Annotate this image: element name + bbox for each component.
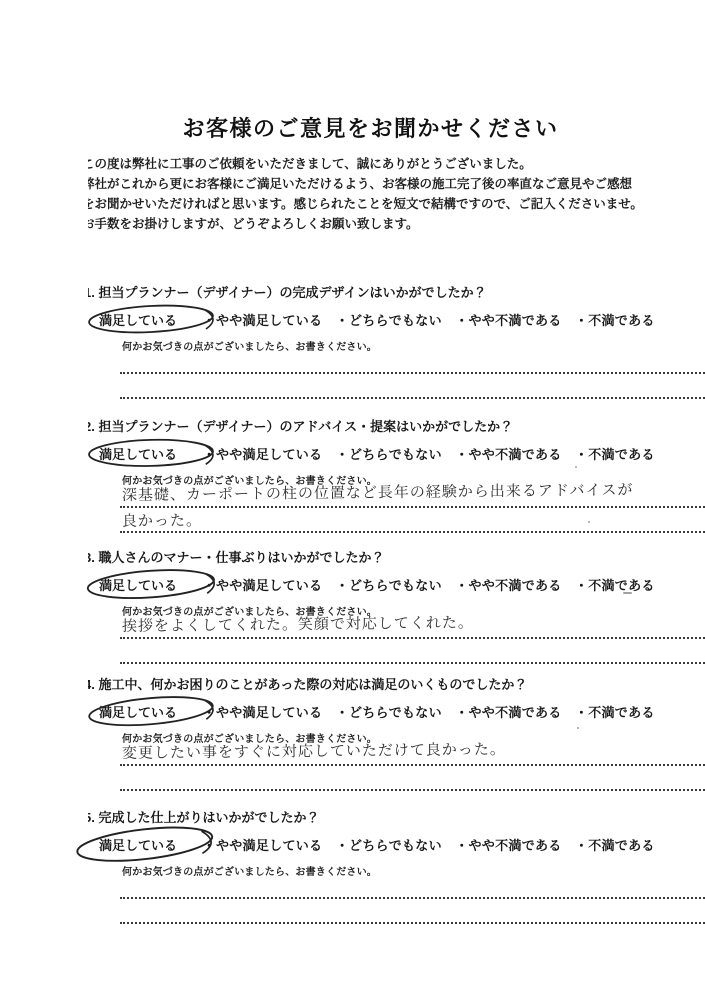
other-options: ・やや満足している ・どちらでもない ・やや不満である ・不満である [203, 447, 655, 462]
selected-option: 満足している [99, 702, 177, 721]
answer-options-row: 満足している ・やや満足している ・どちらでもない ・やや不満である ・不満であ… [99, 702, 655, 721]
question-title-row: 2. 担当プランナー（デザイナー）のアドバイス・提案はいかがでしたか？ [88, 416, 705, 435]
question-block-2: 2. 担当プランナー（デザイナー）のアドバイス・提案はいかがでしたか？ 満足して… [0, 416, 705, 548]
comment-line [120, 531, 705, 533]
question-title: 5. 完成した仕上がりはいかがでしたか？ [88, 807, 319, 826]
scan-speck [588, 521, 590, 523]
comment-line [120, 764, 705, 766]
selected-option-label: 満足している [99, 313, 177, 328]
intro-line: この度は弊社に工事のご依頼をいただきまして、誠にありがとうございました。 [88, 154, 705, 174]
other-options: ・やや満足している ・どちらでもない ・やや不満である ・不満である [203, 313, 655, 328]
comment-line [120, 789, 705, 791]
question-title-row: 1. 担当プランナー（デザイナー）の完成デザインはいかがでしたか？ [88, 282, 705, 301]
selected-option-label: 満足している [99, 838, 177, 853]
intro-line-text: をお聞かせいただければと思います。感じられたことを短文で結構ですので、ご記入くだ… [88, 194, 643, 214]
intro-line-text: この度は弊社に工事のご依頼をいただきまして、誠にありがとうございました。 [88, 154, 532, 174]
selected-option-label: 満足している [99, 578, 177, 593]
question-block-5: 5. 完成した仕上がりはいかがでしたか？ 満足している ・やや満足している ・ど… [0, 807, 705, 939]
question-title: 1. 担当プランナー（デザイナー）の完成デザインはいかがでしたか？ [88, 282, 487, 301]
selected-option: 満足している [99, 310, 177, 329]
handwritten-comment: 変更したい事をすぐに対応していただけて良かった。 [122, 738, 506, 763]
scan-speck [623, 592, 632, 594]
question-title: 4. 施工中、何かお困りのことがあった際の対応は満足のいくものでしたか？ [88, 674, 527, 693]
comment-line [120, 897, 705, 899]
answer-options-row: 満足している ・やや満足している ・どちらでもない ・やや不満である ・不満であ… [99, 310, 655, 329]
question-block-3: 3. 職人さんのマナー・仕事ぶりはいかがでしたか？ 満足している ・やや満足して… [0, 547, 705, 679]
handwritten-comment: 挨拶をよくしてくれた。笑顔で対応してくれた。 [122, 611, 474, 636]
scanned-questionnaire: お客様のご意見をお聞かせください この度は弊社に工事のご依頼をいただきまして、誠… [0, 0, 705, 1000]
handwritten-comment: 深基礎、カーポートの柱の位置など長年の経験から出来るアドバイスが [122, 479, 634, 505]
question-title: 3. 職人さんのマナー・仕事ぶりはいかがでしたか？ [88, 547, 384, 566]
comment-prompt: 何かお気づきの点がございましたら、お書きください。 [122, 338, 377, 353]
answer-options-row: 満足している ・やや満足している ・どちらでもない ・やや不満である ・不満であ… [99, 575, 655, 594]
intro-line: お手数をお掛けしますが、どうぞよろしくお願い致します。 [88, 214, 705, 234]
other-options: ・やや満足している ・どちらでもない ・やや不満である ・不満である [203, 578, 655, 593]
question-title-row: 5. 完成した仕上がりはいかがでしたか？ [88, 807, 705, 826]
comment-prompt: 何かお気づきの点がございましたら、お書きください。 [122, 863, 377, 878]
question-title-row: 3. 職人さんのマナー・仕事ぶりはいかがでしたか？ [88, 547, 705, 566]
comment-line [120, 922, 705, 924]
page-title: お客様のご意見をお聞かせください [0, 112, 705, 143]
comment-line [120, 397, 705, 399]
question-title: 2. 担当プランナー（デザイナー）のアドバイス・提案はいかがでしたか？ [88, 416, 513, 435]
selected-option-label: 満足している [99, 705, 177, 720]
question-block-1: 1. 担当プランナー（デザイナー）の完成デザインはいかがでしたか？ 満足している… [0, 282, 705, 414]
selected-option: 満足している [99, 575, 177, 594]
comment-line [120, 637, 705, 639]
selected-option-label: 満足している [99, 447, 177, 462]
comment-line [120, 506, 705, 508]
comment-line [120, 372, 705, 374]
intro-paragraph: この度は弊社に工事のご依頼をいただきまして、誠にありがとうございました。 弊社が… [0, 154, 705, 234]
intro-line: 弊社がこれから更にお客様にご満足いただけるよう、お客様の施工完了後の率直なご意見… [88, 174, 705, 194]
intro-line: をお聞かせいただければと思います。感じられたことを短文で結構ですので、ご記入くだ… [88, 194, 705, 214]
question-title-row: 4. 施工中、何かお困りのことがあった際の対応は満足のいくものでしたか？ [88, 674, 705, 693]
answer-options-row: 満足している ・やや満足している ・どちらでもない ・やや不満である ・不満であ… [99, 835, 655, 854]
selected-option: 満足している [99, 835, 177, 854]
other-options: ・やや満足している ・どちらでもない ・やや不満である ・不満である [203, 705, 655, 720]
comment-line [120, 662, 705, 664]
selected-option: 満足している [99, 444, 177, 463]
answer-options-row: 満足している ・やや満足している ・どちらでもない ・やや不満である ・不満であ… [99, 444, 655, 463]
other-options: ・やや満足している ・どちらでもない ・やや不満である ・不満である [203, 838, 655, 853]
scan-speck [575, 466, 577, 468]
intro-line-text: お手数をお掛けしますが、どうぞよろしくお願い致します。 [88, 214, 419, 234]
question-block-4: 4. 施工中、何かお困りのことがあった際の対応は満足のいくものでしたか？ 満足し… [0, 674, 705, 806]
handwritten-comment-continued: 良かった。 [122, 509, 202, 531]
intro-line-text: 弊社がこれから更にお客様にご満足いただけるよう、お客様の施工完了後の率直なご意見… [88, 174, 632, 194]
scan-speck [577, 727, 579, 729]
